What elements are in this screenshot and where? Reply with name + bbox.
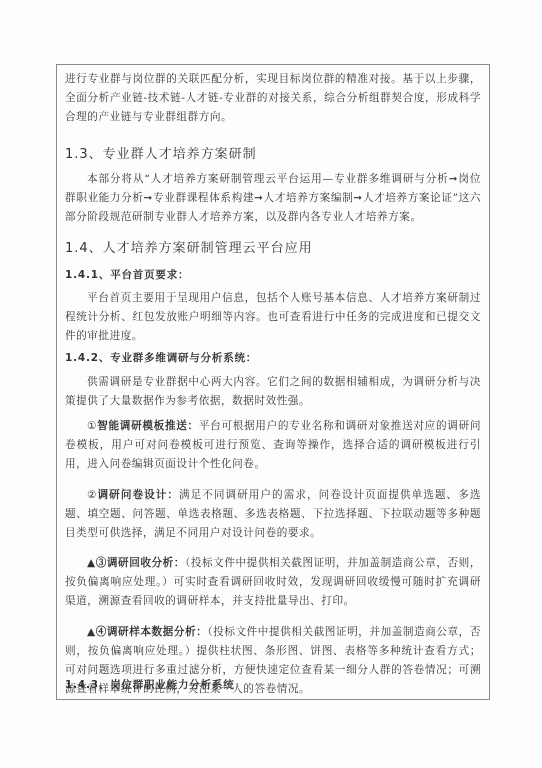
document-frame: 进行专业群与岗位群的关联匹配分析，实现目标岗位群的精准对接。基于以上步骤，全面分…: [56, 64, 490, 700]
section-1-4-heading: 1.4、人才培养方案研制管理云平台应用: [65, 237, 481, 256]
item-title: 调研问卷设计：: [98, 489, 179, 501]
section-1-4-3-heading: 1.4.3、岗位群职业能力分析系统: [65, 677, 481, 692]
list-item-1: ①智能调研模板推送：平台可根据用户的专业名称和调研对象推送对应的调研问卷模板，用…: [65, 417, 481, 474]
item-marker: ②: [87, 489, 98, 501]
section-1-3-body: 本部分将从“人才培养方案研制管理云平台运用—专业群多维调研与分析➞岗位群职业能力…: [65, 170, 481, 227]
item-title: 调研样本数据分析：: [107, 626, 207, 638]
section-1-4-1-body: 平台首页主要用于呈现用户信息，包括个人账号基本信息、人才培养方案研制过程统计分析…: [65, 289, 481, 346]
item-title: 调研回收分析：: [107, 557, 185, 569]
item-marker: ①: [87, 420, 97, 432]
item-title: 智能调研模板推送：: [97, 420, 199, 432]
section-1-4-2-body: 供需调研是专业群据中心两大内容。它们之间的数据相辅相成，为调研分析与决策提供了大…: [65, 373, 481, 411]
section-1-3-heading: 1.3、专业群人才培养方案研制: [65, 143, 481, 162]
item-marker: ▲③: [87, 557, 107, 569]
intro-paragraph: 进行专业群与岗位群的关联匹配分析，实现目标岗位群的精准对接。基于以上步骤，全面分…: [65, 70, 481, 127]
section-1-4-1-heading: 1.4.1、平台首页要求：: [65, 267, 481, 282]
list-item-3: ▲③调研回收分析：（投标文件中提供相关截图证明，并加盖制造商公章，否则，按负偏离…: [65, 554, 481, 611]
list-item-2: ②调研问卷设计：满足不同调研用户的需求，问卷设计页面提供单选题、多选题、填空题、…: [65, 486, 481, 543]
item-marker: ▲④: [87, 626, 107, 638]
section-1-4-2-heading: 1.4.2、专业群多维调研与分析系统：: [65, 350, 481, 365]
